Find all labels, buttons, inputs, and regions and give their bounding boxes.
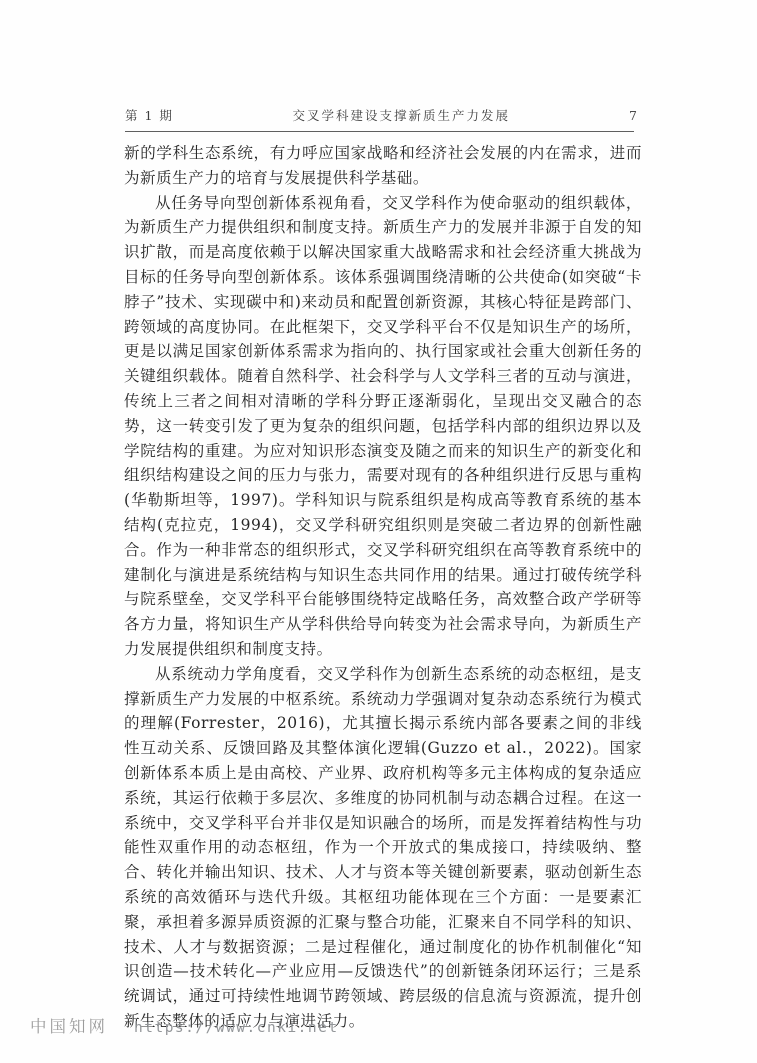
article-body: 新的学科生态系统，有力呼应国家战略和经济社会发展的内在需求，进而为新质生产力的培… <box>124 141 642 1034</box>
cnki-url: https://www.cnki.net <box>134 1020 339 1036</box>
cnki-watermark: 中国知网 https://www.cnki.net <box>30 1013 339 1037</box>
scanned-journal-page: 第 1 期 交叉学科建设支撑新质生产力发展 7 新的学科生态系统，有力呼应国家战… <box>0 0 757 1063</box>
cnki-brand-label: 中国知网 <box>30 1013 108 1037</box>
paragraph: 从系统动力学角度看，交叉学科作为创新生态系统的动态枢纽，是支撑新质生产力发展的中… <box>124 662 642 1034</box>
page-number: 7 <box>629 108 637 123</box>
header-divider <box>125 131 634 132</box>
running-header: 第 1 期 交叉学科建设支撑新质生产力发展 7 <box>125 106 637 124</box>
paragraph-continued: 新的学科生态系统，有力呼应国家战略和经济社会发展的内在需求，进而为新质生产力的培… <box>124 141 642 191</box>
running-title: 交叉学科建设支撑新质生产力发展 <box>173 106 629 124</box>
issue-label: 第 1 期 <box>125 106 173 124</box>
paragraph: 从任务导向型创新体系视角看，交叉学科作为使命驱动的组织载体，为新质生产力提供组织… <box>124 191 642 662</box>
